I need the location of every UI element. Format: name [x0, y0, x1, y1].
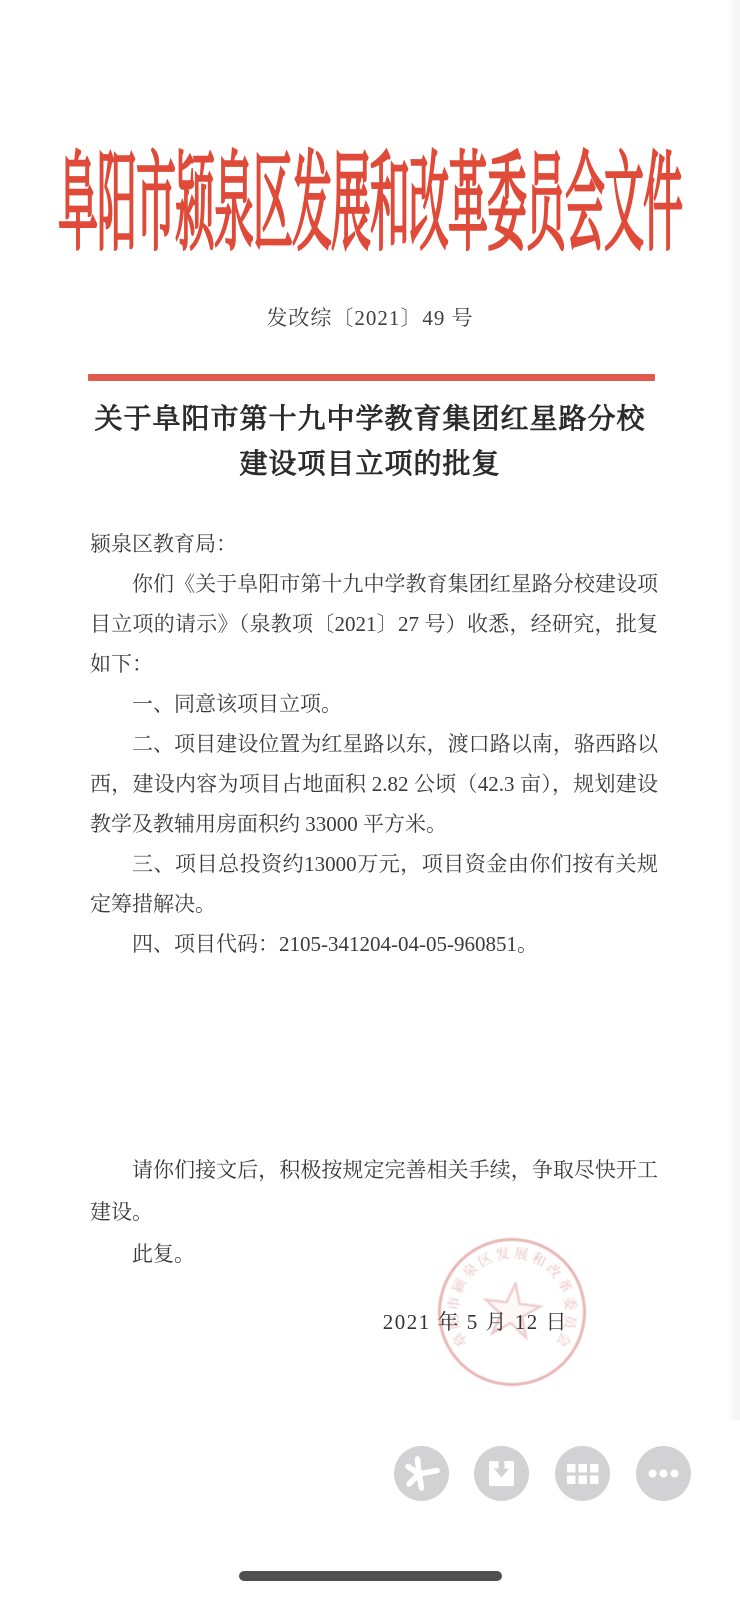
paragraph-1: 你们《关于阜阳市第十九中学教育集团红星路分校建设项目立项的请示》（泉教项〔202…: [90, 564, 658, 684]
document-preview-screen: 阜阳市颍泉区发展和改革委员会文件 发改综〔2021〕49 号 关于阜阳市第十九中…: [0, 0, 740, 1601]
red-divider-line: [88, 374, 655, 381]
paragraph-5: 四、项目代码：2105-341204-04-05-960851。: [90, 924, 658, 964]
closing-paragraph: 请你们接文后，积极按规定完善相关手续，争取尽快开工建设。: [90, 1149, 658, 1233]
download-icon: [474, 1446, 529, 1501]
issue-date: 2021 年 5 月 12 日: [383, 1306, 568, 1336]
more-button[interactable]: [636, 1446, 691, 1501]
ellipsis-icon: [636, 1446, 691, 1501]
document-body: 颍泉区教育局： 你们《关于阜阳市第十九中学教育集团红星路分校建设项目立项的请示》…: [90, 524, 658, 964]
bottom-toolbar: [0, 1446, 740, 1501]
document-title-line2: 建设项目立项的批复: [0, 442, 740, 487]
home-indicator[interactable]: [239, 1571, 502, 1581]
paragraph-3: 二、项目建设位置为红星路以东，渡口路以南，骆西路以西，建设内容为项目占地面积 2…: [90, 724, 658, 844]
grid-icon: [555, 1446, 610, 1501]
document-title-line1: 关于阜阳市第十九中学教育集团红星路分校: [0, 397, 740, 442]
addressee: 颍泉区教育局：: [90, 524, 658, 564]
agency-header: 阜阳市颍泉区发展和改革委员会文件: [0, 140, 740, 271]
paragraph-2: 一、同意该项目立项。: [90, 684, 658, 724]
asterisk-app-button[interactable]: [394, 1446, 449, 1501]
document-title: 关于阜阳市第十九中学教育集团红星路分校 建设项目立项的批复: [0, 397, 740, 487]
paragraph-4: 三、项目总投资约13000万元，项目资金由你们按有关规定筹措解决。: [90, 844, 658, 924]
download-button[interactable]: [474, 1446, 529, 1501]
apps-grid-button[interactable]: [555, 1446, 610, 1501]
doc-number: 发改综〔2021〕49 号: [0, 302, 740, 332]
asterisk-icon: [394, 1446, 449, 1501]
